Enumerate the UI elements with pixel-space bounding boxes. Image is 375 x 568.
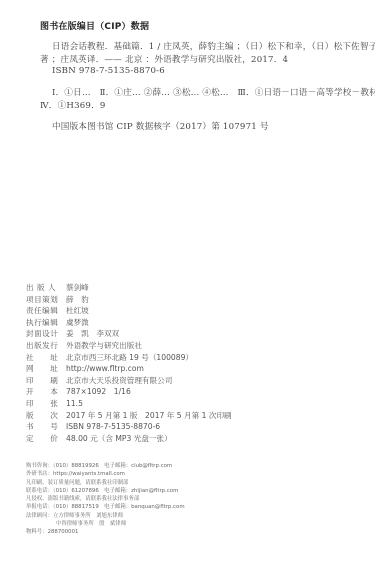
cip-line-2: 著 ；庄凤英译．—— 北京 ：外语教学与研究出版社，2017．4 (40, 53, 288, 65)
credit-value: 姜 凯 李双双 (66, 328, 119, 340)
contact-quality-phone: 联系电话：（010）61207896 电子邮箱：zhijian@fltrp.co… (26, 487, 185, 495)
credit-value: 787×1092 1/16 (66, 386, 131, 398)
credits-block: 出 版 人蔡剑峰 项目策划薛 豹 责任编辑杜红坡 执行编辑虞梦溦 封面设计姜 凯… (26, 282, 232, 444)
cip-line-3: ISBN 978-7-5135-8870-6 (52, 66, 165, 76)
credit-label: 责任编辑 (26, 305, 66, 317)
credit-label: 开 本 (26, 386, 66, 398)
cip-title: 图书在版编目（CIP）数据 (40, 19, 149, 32)
credit-value: 11.5 (66, 398, 83, 410)
credit-printer: 印 刷北京市大天乐投资管理有限公司 (26, 375, 232, 387)
credit-project-planning: 项目策划薛 豹 (26, 294, 232, 306)
credit-label: 印 刷 (26, 375, 66, 387)
contact-piracy-note: 凡侵权、盗版书籍线索，请联系我社法律事务部 (26, 495, 185, 503)
credit-value: 杜红坡 (66, 305, 89, 317)
credit-value: 蔡剑峰 (66, 282, 89, 294)
credit-label: 印 张 (26, 398, 66, 410)
cip-line-1: 日语会话教程．基础篇．1 / 庄凤英，薛豹主编 ；（日）松下和幸，（日）松下佐智… (52, 40, 375, 52)
credit-value: 虞梦溦 (66, 317, 89, 329)
credit-value: 薛 豹 (66, 294, 89, 306)
credit-label: 社 址 (26, 352, 66, 364)
contact-online-store: 外研书店：https://waiyants.tmall.com (26, 470, 185, 478)
credit-label: 执行编辑 (26, 317, 66, 329)
credit-label: 定 价 (26, 433, 66, 445)
contact-report-phone: 举报电话：（010）88817519 电子邮箱：banquan@fltrp.co… (26, 503, 185, 511)
credit-executive-editor: 执行编辑虞梦溦 (26, 317, 232, 329)
credit-label: 书 号 (26, 421, 66, 433)
credit-label: 版 次 (26, 410, 66, 422)
credit-value: 北京市大天乐投资管理有限公司 (66, 375, 172, 387)
contact-legal-counsel-2: 中咨律师事务所 殷 斌律师 (26, 520, 185, 528)
credit-label: 项目策划 (26, 294, 66, 306)
contacts-block: 购书咨询：（010）88819926 电子邮箱：club@fltrp.com 外… (26, 462, 185, 537)
credit-responsible-editor: 责任编辑杜红坡 (26, 305, 232, 317)
contact-material-number: 物料号：288700001 (26, 528, 185, 536)
credit-value: http://www.fltrp.com (66, 363, 144, 375)
cip-verification: 中国版本图书馆 CIP 数据核字（2017）第 107971 号 (52, 120, 269, 132)
credit-format: 开 本787×1092 1/16 (26, 386, 232, 398)
credit-value: 外语教学与研究出版社 (66, 340, 142, 352)
credit-value: 48.00 元（含 MP3 光盘一张） (66, 433, 172, 445)
credit-label: 封面设计 (26, 328, 66, 340)
credit-price: 定 价48.00 元（含 MP3 光盘一张） (26, 433, 232, 445)
credit-sheets: 印 张11.5 (26, 398, 232, 410)
contact-print-quality-note: 凡印刷、装订质量问题，请联系我社印制部 (26, 479, 185, 487)
credit-isbn: 书 号ISBN 978-7-5135-8870-6 (26, 421, 232, 433)
contact-legal-counsel: 法律顾问：立方律师事务所 刘旭东律师 (26, 512, 185, 520)
cip-line-4: Ⅰ．①日… Ⅱ．①庄… ②薛… ③松… ④松… Ⅲ．①日语－口语－高等学校－教材 (52, 86, 375, 98)
credit-value: 2017 年 5 月第 1 版 2017 年 5 月第 1 次印刷 (66, 410, 232, 422)
contact-purchase: 购书咨询：（010）88819926 电子邮箱：club@fltrp.com (26, 462, 185, 470)
credit-publisher: 出 版 人蔡剑峰 (26, 282, 232, 294)
credit-value: 北京市西三环北路 19 号（100089） (66, 352, 193, 364)
credit-label: 出版发行 (26, 340, 66, 352)
credit-cover-design: 封面设计姜 凯 李双双 (26, 328, 232, 340)
credit-distribution: 出版发行外语教学与研究出版社 (26, 340, 232, 352)
credit-label: 网 址 (26, 363, 66, 375)
credit-address: 社 址北京市西三环北路 19 号（100089） (26, 352, 232, 364)
credit-value: ISBN 978-7-5135-8870-6 (66, 421, 160, 433)
credit-website: 网 址http://www.fltrp.com (26, 363, 232, 375)
cip-line-5: Ⅳ．①H369．9 (40, 99, 106, 111)
credit-edition: 版 次2017 年 5 月第 1 版 2017 年 5 月第 1 次印刷 (26, 410, 232, 422)
credit-label: 出 版 人 (26, 282, 66, 294)
